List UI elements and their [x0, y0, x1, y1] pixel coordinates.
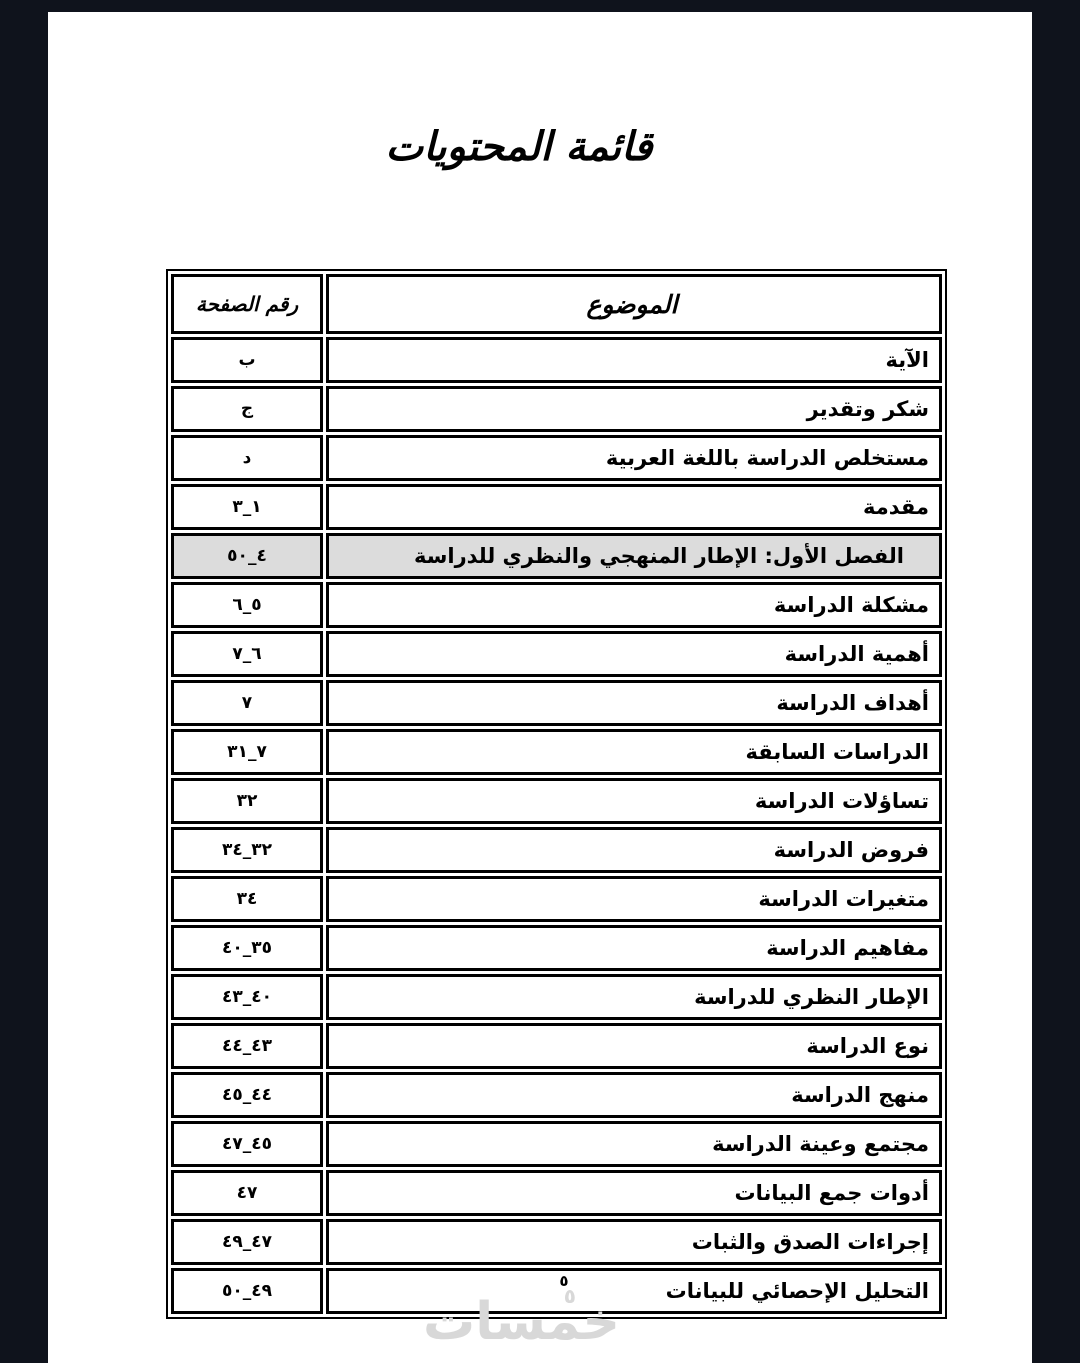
toc-row: مجتمع وعينة الدراسة ٤٥_٤٧ — [171, 1121, 942, 1167]
toc-header-subject: الموضوع — [326, 274, 942, 334]
toc-subject-cell: منهج الدراسة — [326, 1072, 942, 1118]
toc-row: منهج الدراسة ٤٤_٤٥ — [171, 1072, 942, 1118]
page-title: قائمة المحتويات — [48, 124, 1032, 170]
toc-subject-cell: الدراسات السابقة — [326, 729, 942, 775]
watermark: خمسات ٥ — [460, 1296, 620, 1348]
toc-subject-cell: مشكلة الدراسة — [326, 582, 942, 628]
toc-page-number-cell: ٤٩_٥٠ — [171, 1268, 323, 1314]
toc-page-number-cell: ٤٤_٤٥ — [171, 1072, 323, 1118]
toc-page-number-cell: ب — [171, 337, 323, 383]
toc-row: نوع الدراسة ٤٣_٤٤ — [171, 1023, 942, 1069]
toc-subject-cell: أهداف الدراسة — [326, 680, 942, 726]
toc-page-number-cell: ٥_٦ — [171, 582, 323, 628]
toc-page-number-cell: ١_٣ — [171, 484, 323, 530]
toc-subject-cell: نوع الدراسة — [326, 1023, 942, 1069]
toc-page-number-cell: ٣٥_٤٠ — [171, 925, 323, 971]
toc-row: متغيرات الدراسة ٣٤ — [171, 876, 942, 922]
toc-row: الإطار النظري للدراسة ٤٠_٤٣ — [171, 974, 942, 1020]
toc-header-page-number: رقم الصفحة — [171, 274, 323, 334]
screenshot-root: { "page": { "title": "قائمة المحتويات", … — [0, 0, 1080, 1363]
toc-subject-cell: الإطار النظري للدراسة — [326, 974, 942, 1020]
toc-page-number-cell: ٤٥_٤٧ — [171, 1121, 323, 1167]
toc-subject-cell: متغيرات الدراسة — [326, 876, 942, 922]
toc-subject-cell: مقدمة — [326, 484, 942, 530]
toc-header-row: الموضوع رقم الصفحة — [171, 274, 942, 334]
toc-subject-cell: شكر وتقدير — [326, 386, 942, 432]
toc-row: مشكلة الدراسة ٥_٦ — [171, 582, 942, 628]
toc-subject-cell: أهمية الدراسة — [326, 631, 942, 677]
watermark-text: خمسات — [423, 1292, 620, 1352]
toc-subject-cell: أدوات جمع البيانات — [326, 1170, 942, 1216]
toc-page-number-cell: ج — [171, 386, 323, 432]
toc-subject-cell: الفصل الأول: الإطار المنهجي والنظري للدر… — [326, 533, 942, 579]
toc-page-number-cell: ٤٧ — [171, 1170, 323, 1216]
toc-row: فروض الدراسة ٣٢_٣٤ — [171, 827, 942, 873]
toc-page-number-cell: د — [171, 435, 323, 481]
toc-page-number-cell: ٤٠_٤٣ — [171, 974, 323, 1020]
toc-page-number-cell: ٣٢ — [171, 778, 323, 824]
toc-subject-cell: مستخلص الدراسة باللغة العربية — [326, 435, 942, 481]
toc-page-number-cell: ٣٤ — [171, 876, 323, 922]
toc-table: الموضوع رقم الصفحة الآية ب شكر وتقدير ج … — [166, 269, 947, 1319]
toc-page-number-cell: ٦_٧ — [171, 631, 323, 677]
toc-subject-cell: إجراءات الصدق والثبات — [326, 1219, 942, 1265]
toc-row: تساؤلات الدراسة ٣٢ — [171, 778, 942, 824]
toc-row: مفاهيم الدراسة ٣٥_٤٠ — [171, 925, 942, 971]
toc-row: الفصل الأول: الإطار المنهجي والنظري للدر… — [171, 533, 942, 579]
toc-page-number-cell: ٧ — [171, 680, 323, 726]
watermark-mark: ٥ — [564, 1286, 576, 1306]
toc-row: مستخلص الدراسة باللغة العربية د — [171, 435, 942, 481]
toc-subject-cell: الآية — [326, 337, 942, 383]
toc-row: أدوات جمع البيانات ٤٧ — [171, 1170, 942, 1216]
toc-row: شكر وتقدير ج — [171, 386, 942, 432]
toc-page-number-cell: ٤_٥٠ — [171, 533, 323, 579]
toc-subject-cell: مفاهيم الدراسة — [326, 925, 942, 971]
toc-subject-cell: التحليل الإحصائي للبيانات — [326, 1268, 942, 1314]
toc-row: أهمية الدراسة ٦_٧ — [171, 631, 942, 677]
toc-row: الدراسات السابقة ٧_٣١ — [171, 729, 942, 775]
toc-row: إجراءات الصدق والثبات ٤٧_٤٩ — [171, 1219, 942, 1265]
document-page: قائمة المحتويات الموضوع رقم الصفحة الآية… — [48, 12, 1032, 1363]
toc-page-number-cell: ٧_٣١ — [171, 729, 323, 775]
toc-page-number-cell: ٤٧_٤٩ — [171, 1219, 323, 1265]
toc-subject-cell: فروض الدراسة — [326, 827, 942, 873]
toc-row: مقدمة ١_٣ — [171, 484, 942, 530]
toc-subject-cell: تساؤلات الدراسة — [326, 778, 942, 824]
toc-page-number-cell: ٤٣_٤٤ — [171, 1023, 323, 1069]
toc-page-number-cell: ٣٢_٣٤ — [171, 827, 323, 873]
toc-row: الآية ب — [171, 337, 942, 383]
toc-subject-cell: مجتمع وعينة الدراسة — [326, 1121, 942, 1167]
toc-row: أهداف الدراسة ٧ — [171, 680, 942, 726]
